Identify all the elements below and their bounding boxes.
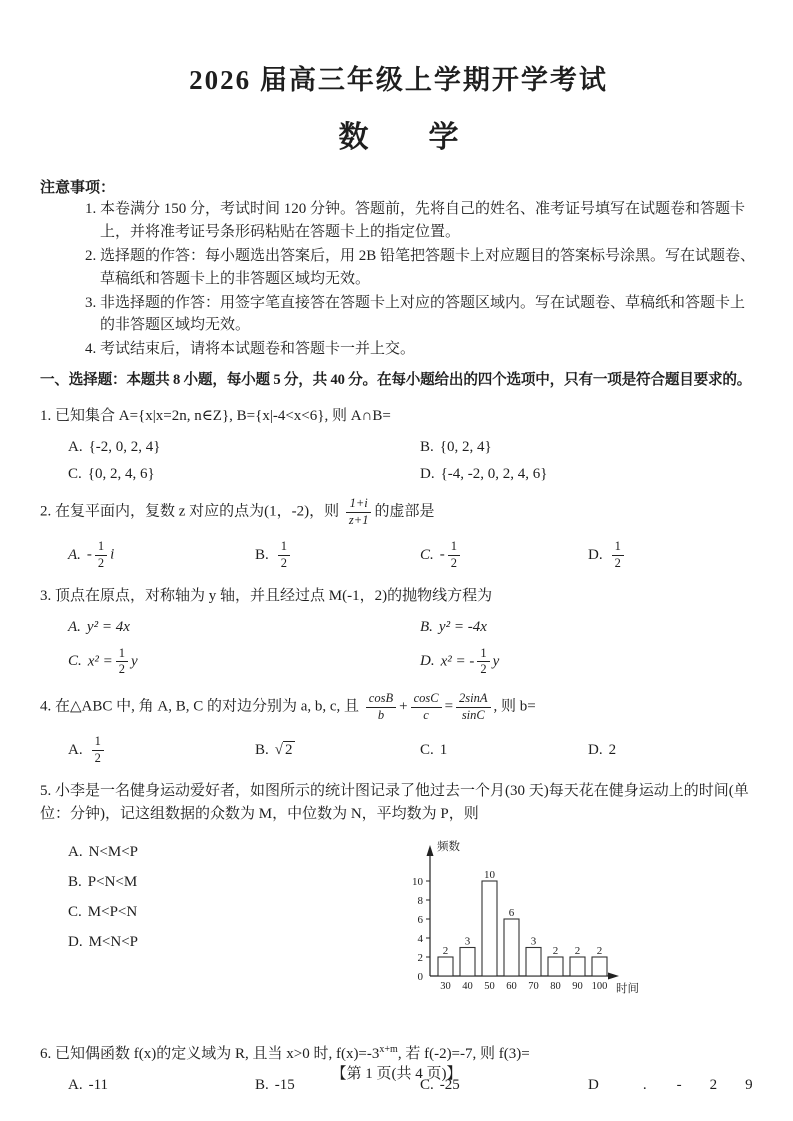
option-text: M<N<P	[89, 934, 138, 950]
option-text: {-4, -2, 0, 2, 4, 6}	[441, 466, 548, 482]
svg-text:3: 3	[531, 936, 537, 948]
option-label: C.	[68, 466, 82, 482]
svg-text:100: 100	[592, 981, 608, 992]
exponent: x+m	[379, 1044, 397, 1055]
question-2-stem: 2. 在复平面内，复数 z 对应的点为(1，-2)，则 1+iz+1的虚部是	[40, 496, 757, 528]
fraction: 12	[477, 646, 489, 678]
option-text: M<P<N	[88, 904, 137, 920]
question-1-option-b: B.{0, 2, 4}	[420, 439, 757, 456]
stem-text: 4. 在△ABC 中, 角 A, B, C 的对边分别为 a, b, c, 且	[40, 699, 363, 715]
svg-text:4: 4	[418, 933, 424, 945]
option-text: y² = -4x	[439, 619, 487, 635]
question-3-stem: 3. 顶点在原点，对称轴为 y 轴，并且经过点 M(-1，2)的抛物线方程为	[40, 585, 757, 608]
subject-title: 数 学	[40, 120, 757, 156]
svg-text:2: 2	[443, 945, 449, 957]
stem-text: 6. 已知偶函数 f(x)的定义域为 R, 且当 x>0 时, f(x)=-3	[40, 1046, 379, 1062]
radicand: 2	[283, 741, 295, 758]
stem-text: , 则 b=	[494, 699, 536, 715]
question-4-option-c: C.1	[420, 742, 588, 759]
fraction: 12	[116, 646, 128, 678]
svg-text:2: 2	[597, 945, 603, 957]
question-1-option-d: D.{-4, -2, 0, 2, 4, 6}	[420, 466, 757, 483]
notice-heading: 注意事项：	[40, 176, 757, 197]
svg-text:0: 0	[418, 971, 424, 983]
svg-text:10: 10	[484, 869, 496, 881]
fraction: cosBb	[366, 691, 396, 723]
option-text: {0, 2, 4, 6}	[88, 466, 155, 482]
fraction: cosCc	[411, 691, 442, 723]
option-text: P<N<M	[88, 874, 137, 890]
notice-item: 3. 非选择题的作答：用签字笔直接答在答题卡上对应的答题区域内。写在试题卷、草稿…	[40, 292, 757, 338]
exam-title: 2026 届高三年级上学期开学考试	[40, 64, 757, 96]
question-1-option-c: C.{0, 2, 4, 6}	[68, 466, 420, 483]
option-text: {0, 2, 4}	[440, 439, 492, 455]
svg-text:8: 8	[418, 895, 424, 907]
question-3-option-c: C.x² =12y	[68, 646, 420, 678]
option-text: {-2, 0, 2, 4}	[89, 439, 161, 455]
frequency-bar-chart: 0246810频数时间23034010506603702802902100	[390, 834, 646, 1011]
fraction: 12	[95, 539, 107, 571]
question-5-option-d: D.M<N<P	[68, 934, 368, 951]
svg-text:70: 70	[528, 981, 539, 992]
question-3-option-d: D.x² = -12y	[420, 646, 757, 678]
svg-text:6: 6	[509, 907, 515, 919]
question-3-option-b: B.y² = -4x	[420, 619, 757, 636]
svg-text:10: 10	[412, 876, 424, 888]
question-5-option-c: C.M<P<N	[68, 904, 368, 921]
question-5: 5. 小李是一名健身运动爱好者，如图所示的统计图记录了他过去一个月(30 天)每…	[40, 780, 757, 1031]
question-5-options: A.N<M<P B.P<N<M C.M<P<N D.M<N<P	[40, 834, 368, 951]
stem-text: 2. 在复平面内，复数 z 对应的点为(1，-2)，则	[40, 504, 343, 520]
svg-text:80: 80	[550, 981, 561, 992]
question-1-options: A.{-2, 0, 2, 4} B.{0, 2, 4} C.{0, 2, 4, …	[40, 439, 757, 483]
question-4: 4. 在△ABC 中, 角 A, B, C 的对边分别为 a, b, c, 且 …	[40, 691, 757, 767]
question-3-options: A.y² = 4x B.y² = -4x C.x² =12y D.x² = -1…	[40, 619, 757, 678]
question-2-option-c: C.-12	[420, 539, 588, 571]
question-5-option-a: A.N<M<P	[68, 844, 368, 861]
notice-item: 4. 考试结束后，请将本试题卷和答题卡一并上交。	[40, 338, 757, 361]
fraction: 12	[278, 539, 290, 571]
stem-text: , 若 f(-2)=-7, 则 f(3)=	[398, 1046, 530, 1062]
svg-text:50: 50	[484, 981, 495, 992]
notice-item: 1. 本卷满分 150 分，考试时间 120 分钟。答题前，先将自己的姓名、准考…	[40, 198, 757, 244]
notice-item: 2. 选择题的作答：每小题选出答案后，用 2B 铅笔把答题卡上对应题目的答案标号…	[40, 245, 757, 291]
question-5-stem: 5. 小李是一名健身运动爱好者，如图所示的统计图记录了他过去一个月(30 天)每…	[40, 780, 757, 827]
section-heading: 一、选择题：本题共 8 小题，每小题 5 分，共 40 分。在每小题给出的四个选…	[40, 370, 757, 392]
svg-text:30: 30	[440, 981, 451, 992]
option-text: y² = 4x	[87, 619, 130, 635]
question-3-option-a: A.y² = 4x	[68, 619, 420, 636]
stem-text: 的虚部是	[374, 504, 434, 520]
fraction: 1+iz+1	[346, 496, 372, 528]
svg-text:2: 2	[575, 945, 581, 957]
option-text: 2	[609, 742, 617, 758]
svg-text:6: 6	[418, 914, 424, 926]
question-4-options: A.12 B.√2 C.1 D.2	[40, 734, 757, 766]
option-text: 1	[440, 742, 448, 758]
question-2-option-b: B.12	[255, 539, 420, 571]
page-number-indicator: 【第 1 页(共 4 页)】	[0, 1062, 793, 1083]
question-1: 1. 已知集合 A={x|x=2n, n∈Z}, B={x|-4<x<6}, 则…	[40, 405, 757, 483]
frequency-chart-svg: 0246810频数时间23034010506603702802902100	[390, 834, 646, 1006]
fraction: 12	[92, 734, 104, 766]
question-4-option-a: A.12	[68, 734, 255, 766]
question-2: 2. 在复平面内，复数 z 对应的点为(1，-2)，则 1+iz+1的虚部是 A…	[40, 496, 757, 572]
question-2-option-d: D.12	[588, 539, 757, 571]
option-text: N<M<P	[89, 844, 138, 860]
question-2-options: A.-12i B.12 C.-12 D.12	[40, 539, 757, 571]
question-1-option-a: A.{-2, 0, 2, 4}	[68, 439, 420, 456]
fraction: 2sinAsinC	[456, 691, 490, 723]
svg-text:90: 90	[572, 981, 583, 992]
svg-text:40: 40	[462, 981, 473, 992]
question-3: 3. 顶点在原点，对称轴为 y 轴，并且经过点 M(-1，2)的抛物线方程为 A…	[40, 585, 757, 679]
option-label: D.	[420, 466, 435, 482]
question-4-option-b: B.√2	[255, 742, 420, 759]
question-5-option-b: B.P<N<M	[68, 874, 368, 891]
radical-sign: √	[275, 742, 283, 758]
question-4-option-d: D.2	[588, 742, 757, 759]
fraction: 12	[448, 539, 460, 571]
svg-text:时间: 时间	[616, 981, 639, 995]
question-1-stem: 1. 已知集合 A={x|x=2n, n∈Z}, B={x|-4<x<6}, 则…	[40, 405, 757, 428]
notice-section: 注意事项： 1. 本卷满分 150 分，考试时间 120 分钟。答题前，先将自己…	[40, 176, 757, 361]
question-2-option-a: A.-12i	[68, 539, 255, 571]
question-5-body: A.N<M<P B.P<N<M C.M<P<N D.M<N<P 0246810频…	[40, 834, 757, 1030]
svg-text:2: 2	[418, 952, 424, 964]
question-4-stem: 4. 在△ABC 中, 角 A, B, C 的对边分别为 a, b, c, 且 …	[40, 691, 757, 723]
svg-text:60: 60	[506, 981, 517, 992]
svg-text:3: 3	[465, 936, 471, 948]
svg-text:频数: 频数	[437, 839, 460, 853]
exam-paper-page: 2026 届高三年级上学期开学考试 数 学 注意事项： 1. 本卷满分 150 …	[0, 0, 793, 1121]
option-label: A.	[68, 439, 83, 455]
svg-text:2: 2	[553, 945, 559, 957]
fraction: 12	[612, 539, 624, 571]
option-label: B.	[420, 439, 434, 455]
